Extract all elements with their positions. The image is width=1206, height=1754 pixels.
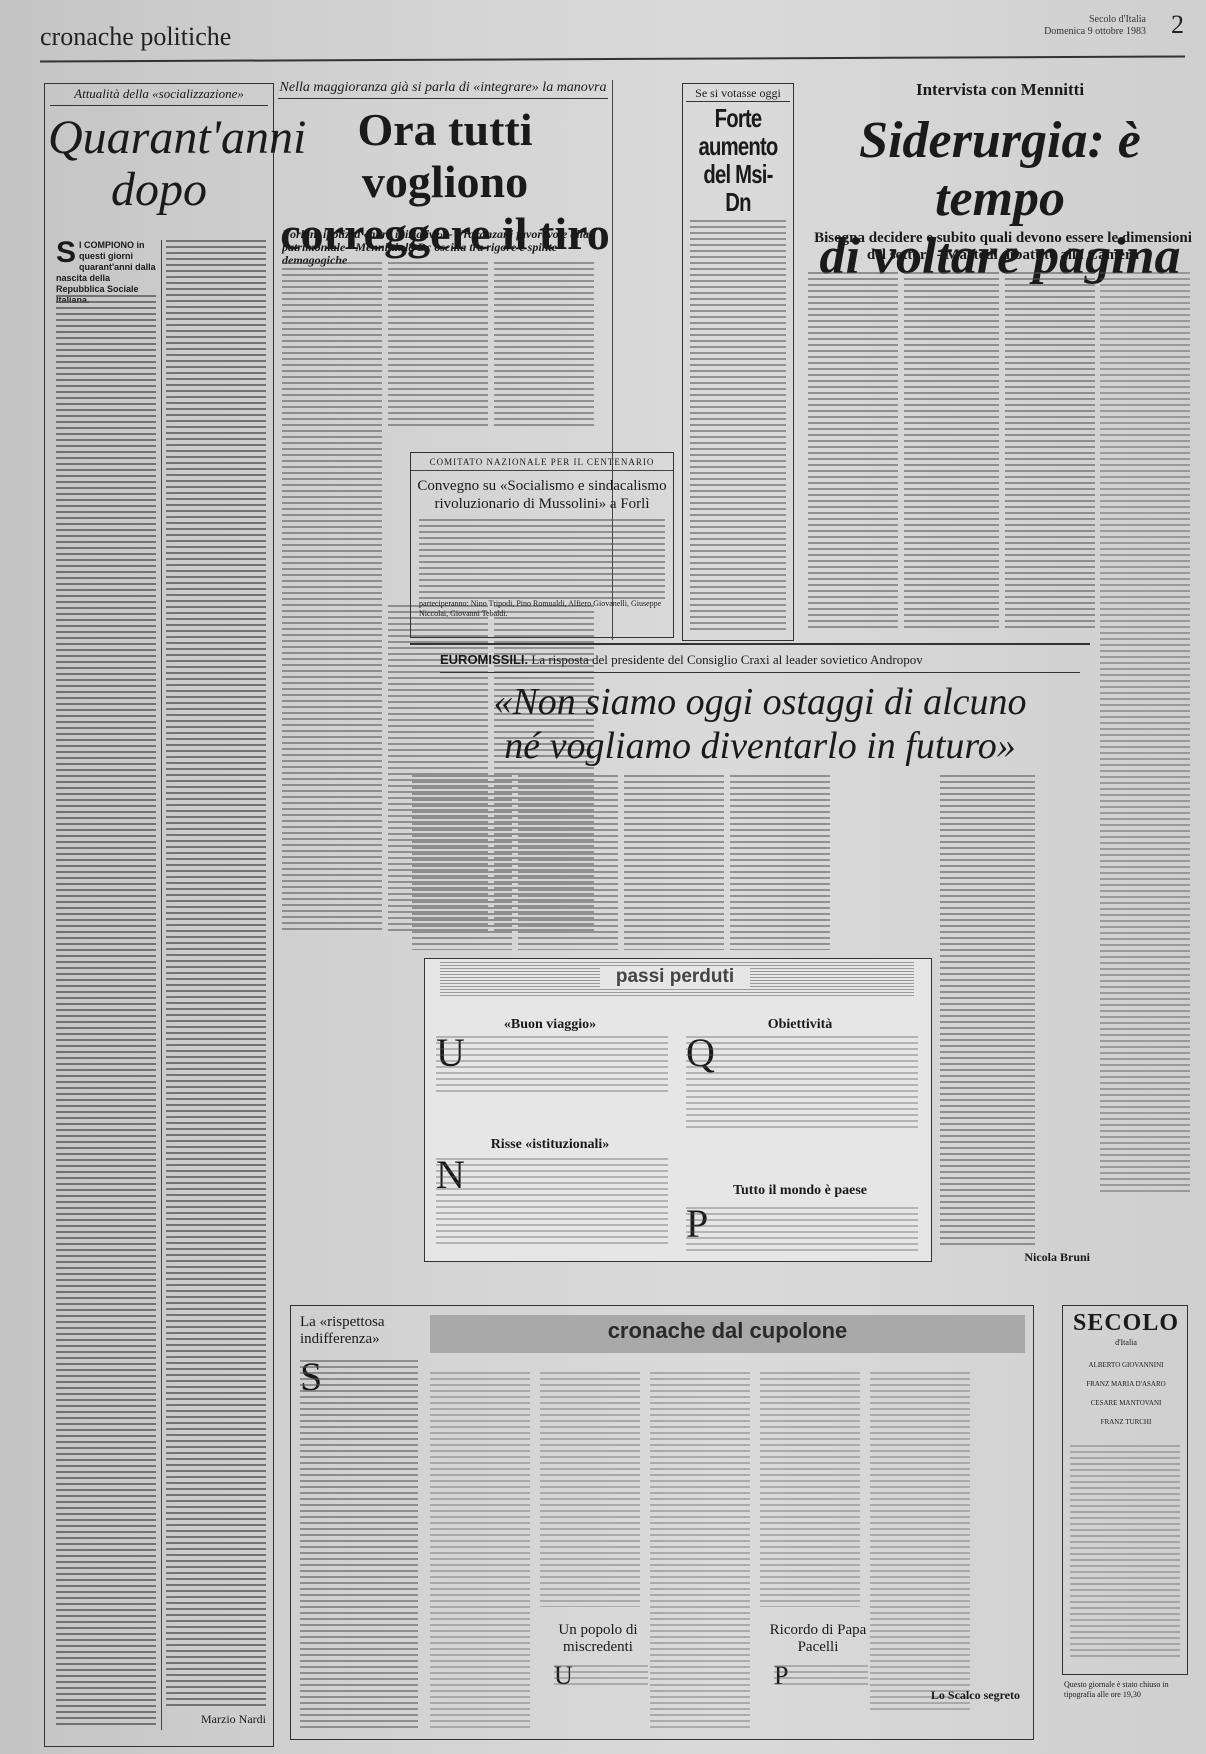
colophon-name: CESARE MANTOVANI (1066, 1394, 1186, 1413)
passi-item-body: U (436, 1036, 668, 1094)
cupolone-subhead-1: Un popolo di miscredenti (548, 1622, 648, 1656)
convegno-title: Convegno su «Socialismo e sindacalismo r… (411, 477, 673, 513)
cupolone-byline: Lo Scalco segreto (870, 1688, 1020, 1703)
euromissili-title-line1: «Non siamo oggi ostaggi di alcuno (420, 680, 1100, 724)
colophon-name: FRANZ TURCHI (1066, 1413, 1186, 1432)
convegno-box: COMITATO NAZIONALE PER IL CENTENARIO Con… (410, 452, 674, 638)
main-title-line1: Ora tutti vogliono (280, 104, 610, 208)
cupolone-col5 (870, 1372, 970, 1712)
cupolone-col2 (540, 1372, 640, 1607)
euromissili-col5 (940, 775, 1035, 1245)
euromissili-col1 (412, 775, 512, 950)
passi-perduti-banner: passi perduti (600, 966, 750, 988)
colophon-body (1070, 1445, 1180, 1660)
interview-col4-italic (1100, 272, 1190, 1192)
cupolone-sub1-body: U (554, 1665, 648, 1687)
main-story-col2 (388, 262, 488, 430)
passi-item-body: N (436, 1158, 668, 1248)
colophon-note: Questo giornale è stato chiuso in tipogr… (1064, 1680, 1188, 1700)
interview-kicker: Intervista con Mennitti (800, 80, 1200, 100)
poll-kicker: Se si votasse oggi (686, 86, 790, 102)
cupolone-side-body: S (300, 1360, 418, 1730)
colophon-name: FRANZ MARIA D'ASARO (1066, 1375, 1186, 1394)
left-article-body-col2 (166, 240, 266, 1710)
colophon-title: SECOLO (1062, 1310, 1190, 1337)
poll-title-line3: del Msi-Dn (694, 160, 781, 216)
main-story-col1 (282, 262, 382, 934)
interview-col2 (904, 272, 999, 632)
euromissili-col3 (624, 775, 724, 950)
masthead-info: Secolo d'Italia Domenica 9 ottobre 1983 (1044, 14, 1146, 38)
euromissili-kicker: EUROMISSILI. La risposta del presidente … (440, 652, 1080, 673)
colophon-subtitle: d'Italia (1062, 1338, 1190, 1347)
interview-title-line1: Siderurgia: è tempo (800, 112, 1200, 228)
interview-col3 (1005, 272, 1095, 632)
euromissili-title-line2: né vogliamo diventarlo in futuro» (420, 724, 1100, 768)
cupolone-col4 (760, 1372, 860, 1607)
cupolone-banner: cronache dal cupolone (430, 1318, 1025, 1344)
left-article-title: Quarant'anni dopo (48, 112, 270, 216)
page-number: 2 (1171, 10, 1184, 40)
cupolone-col3 (650, 1372, 750, 1732)
euromissili-byline: Nicola Bruni (940, 1250, 1090, 1265)
convegno-organizer: COMITATO NAZIONALE PER IL CENTENARIO (411, 457, 673, 471)
left-article-byline: Marzio Nardi (166, 1712, 266, 1727)
main-story-kicker: Nella maggioranza già si parla di «integ… (278, 80, 608, 99)
cupolone-side-title: La «rispettosa indifferenza» (300, 1314, 430, 1348)
poll-title-line1: Forte (694, 104, 781, 132)
passi-item-body: P (686, 1207, 918, 1251)
main-story-col3 (494, 262, 594, 430)
left-title-line2: dopo (48, 164, 270, 216)
euromissili-top-rule (410, 643, 1090, 645)
passi-item-title: «Buon viaggio» (430, 1017, 670, 1033)
column-rule (161, 240, 162, 1730)
header-rule (40, 56, 1185, 63)
convegno-participants: parteciperanno: Nino Tripodi, Pino Romua… (411, 599, 673, 619)
passi-item-title: Obiettività (680, 1017, 920, 1033)
euromissili-kicker-text: La risposta del presidente del Consiglio… (531, 652, 922, 667)
euromissili-tag: EUROMISSILI. (440, 652, 528, 667)
poll-title: Forte aumento del Msi-Dn (682, 104, 794, 216)
section-title: cronache politiche (40, 22, 231, 52)
euromissili-col4 (730, 775, 830, 950)
euromissili-title: «Non siamo oggi ostaggi di alcuno né vog… (420, 680, 1100, 768)
issue-date: Domenica 9 ottobre 1983 (1044, 26, 1146, 38)
passi-item-title: Risse «istituzionali» (430, 1137, 670, 1153)
colophon-name: ALBERTO GIOVANNINI (1066, 1356, 1186, 1375)
interview-col1 (808, 272, 898, 632)
passi-item-title: Tutto il mondo è paese (680, 1183, 920, 1199)
left-title-line1: Quarant'anni (48, 112, 270, 164)
newspaper-page: cronache politiche Secolo d'Italia Domen… (0, 0, 1206, 1754)
cupolone-col1 (430, 1372, 530, 1732)
poll-body (690, 220, 786, 630)
left-article-body-col1 (56, 295, 156, 1725)
euromissili-col2 (518, 775, 618, 950)
interview-subtitle: Bisogna decidere e subito quali devono e… (806, 230, 1200, 264)
cupolone-subhead-2: Ricordo di Papa Pacelli (768, 1622, 868, 1656)
passi-item-body: Q (686, 1036, 918, 1128)
paper-name: Secolo d'Italia (1044, 14, 1146, 26)
convegno-body (419, 519, 665, 599)
cupolone-sub2-body: P (774, 1665, 868, 1687)
poll-title-line2: aumento (694, 132, 781, 160)
left-article-kicker: Attualità della «socializzazione» (50, 86, 268, 106)
colophon-names: ALBERTO GIOVANNINI FRANZ MARIA D'ASARO C… (1066, 1356, 1186, 1432)
